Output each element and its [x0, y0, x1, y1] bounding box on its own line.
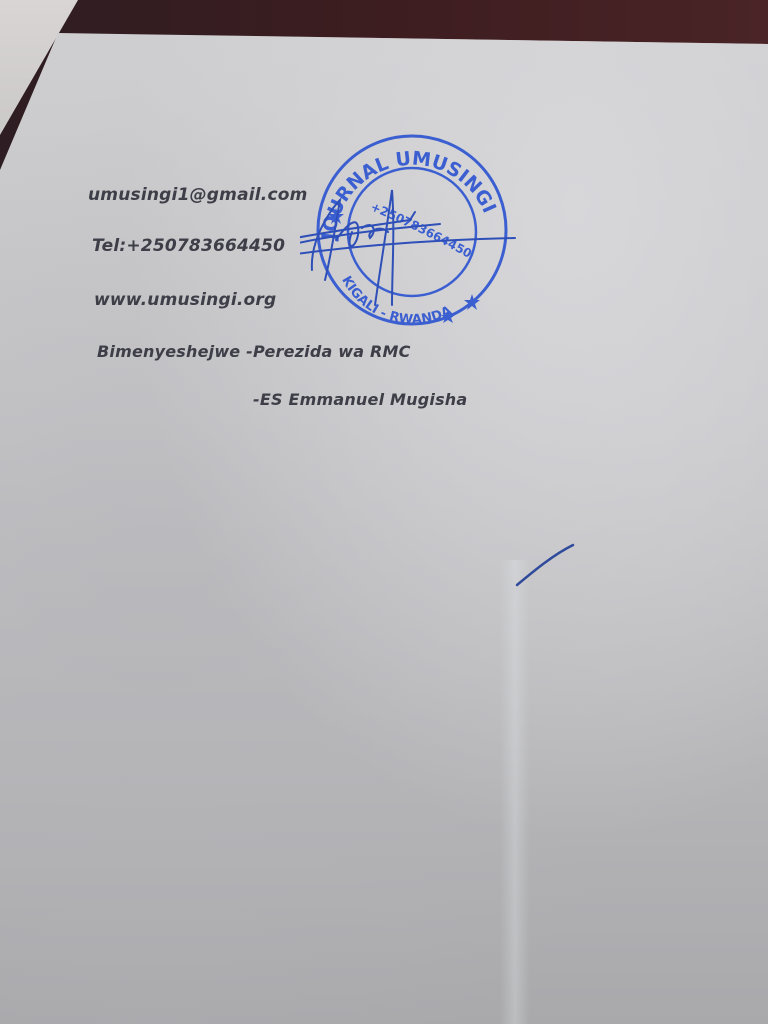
- approval-text: Bimenyeshejwe -Perezida wa RMC: [97, 342, 411, 361]
- pen-mark: [505, 535, 585, 595]
- phone-text: Tel:+250783664450: [92, 236, 285, 256]
- stamp-bottom-text: KIGALI - RWANDA: [338, 274, 454, 328]
- official-stamp: JOURNAL UMUSINGI KIGALI - RWANDA +250783…: [300, 120, 520, 340]
- paper-fold: [500, 560, 530, 1024]
- email-text: umusingi1@gmail.com: [88, 185, 308, 205]
- signatory-text: -ES Emmanuel Mugisha: [253, 390, 467, 409]
- website-text: www.umusingi.org: [94, 290, 276, 310]
